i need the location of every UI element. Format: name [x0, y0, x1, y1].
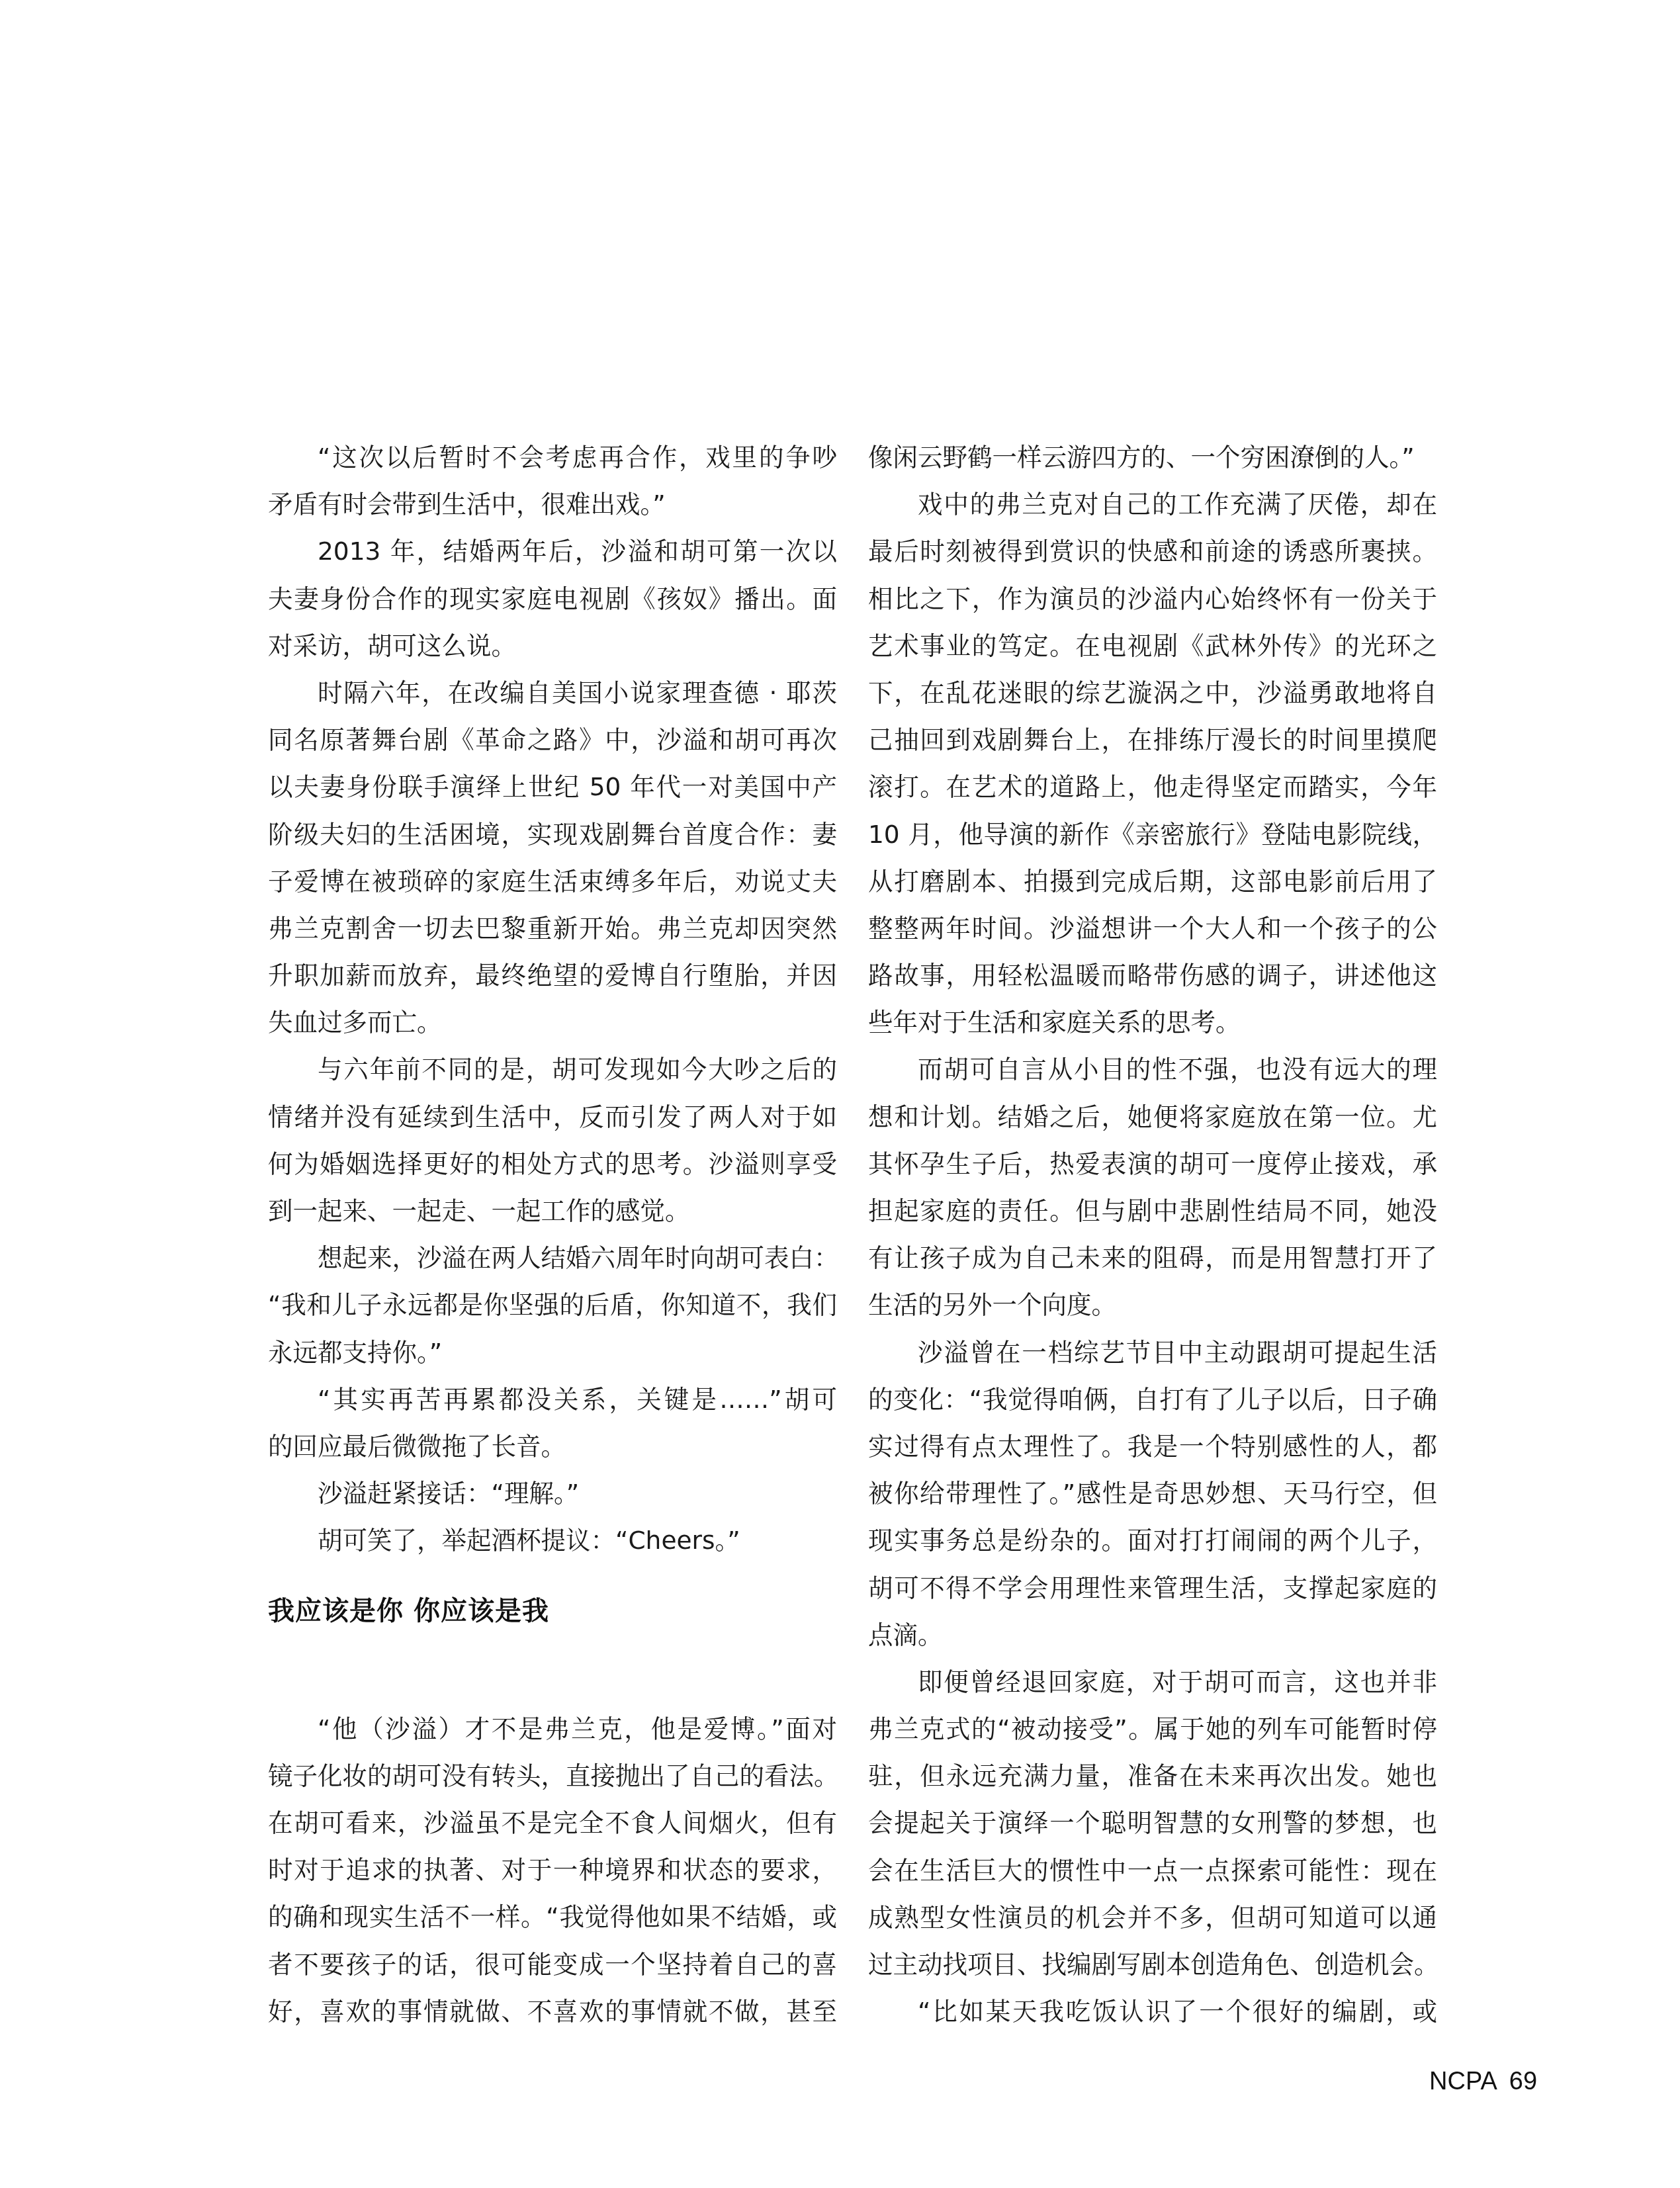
text-line: 点滴。	[868, 1612, 1437, 1659]
text-line: 升职加薪而放弃，最终绝望的爱博自行堕胎，并因	[268, 952, 837, 999]
text-line: 沙溢曾在一档综艺节目中主动跟胡可提起生活	[868, 1329, 1437, 1376]
text-line: 成熟型女性演员的机会并不多，但胡可知道可以通	[868, 1894, 1437, 1941]
text-line: 艺术事业的笃定。在电视剧《武林外传》的光环之	[868, 623, 1437, 670]
text-line: 胡可笑了，举起酒杯提议：“Cheers。”	[268, 1517, 837, 1564]
text-line: 过主动找项目、找编剧写剧本创造角色、创造机会。	[868, 1941, 1437, 1988]
text-line: 其怀孕生子后，热爱表演的胡可一度停止接戏，承	[868, 1141, 1437, 1188]
text-line: 驻，但永远充满力量，准备在未来再次出发。她也	[868, 1753, 1437, 1800]
text-line: 戏中的弗兰克对自己的工作充满了厌倦，却在	[868, 481, 1437, 528]
heading-spacer-top	[268, 1565, 837, 1588]
magazine-page: “这次以后暂时不会考虑再合作，戏里的争吵矛盾有时会带到生活中，很难出戏。”201…	[0, 0, 1680, 2188]
text-line: “他（沙溢）才不是弗兰克，他是爱博。”面对	[268, 1706, 837, 1753]
text-line: 好，喜欢的事情就做、不喜欢的事情就不做，甚至	[268, 1988, 837, 2035]
magazine-name: NCPA	[1429, 2068, 1497, 2095]
text-line: 到一起来、一起走、一起工作的感觉。	[268, 1188, 837, 1235]
text-line: 想起来，沙溢在两人结婚六周年时向胡可表白：	[268, 1235, 837, 1282]
text-line: 的回应最后微微拖了长音。	[268, 1423, 837, 1470]
text-line: 路故事，用轻松温暖而略带伤感的调子，讲述他这	[868, 952, 1437, 999]
text-line: 弗兰克式的“被动接受”。属于她的列车可能暂时停	[868, 1706, 1437, 1753]
text-line: 时对于追求的执著、对于一种境界和状态的要求，	[268, 1847, 837, 1894]
text-line: 从打磨剧本、拍摄到完成后期，这部电影前后用了	[868, 858, 1437, 905]
text-line: 矛盾有时会带到生活中，很难出戏。”	[268, 481, 837, 528]
text-line: 者不要孩子的话，很可能变成一个坚持着自己的喜	[268, 1941, 837, 1988]
text-line: 会在生活巨大的惯性中一点一点探索可能性：现在	[868, 1847, 1437, 1894]
text-line: 实过得有点太理性了。我是一个特别感性的人，都	[868, 1423, 1437, 1470]
text-line: 整整两年时间。沙溢想讲一个大人和一个孩子的公	[868, 905, 1437, 952]
left-column-body-part1: “这次以后暂时不会考虑再合作，戏里的争吵矛盾有时会带到生活中，很难出戏。”201…	[268, 434, 837, 1565]
text-line: 以夫妻身份联手演绎上世纪 50 年代一对美国中产	[268, 764, 837, 810]
text-line: 夫妻身份合作的现实家庭电视剧《孩奴》播出。面	[268, 576, 837, 623]
heading-spacer-bottom	[268, 1635, 837, 1706]
text-line: 会提起关于演绎一个聪明智慧的女刑警的梦想，也	[868, 1800, 1437, 1847]
text-line: 滚打。在艺术的道路上，他走得坚定而踏实，今年	[868, 764, 1437, 810]
text-line: 相比之下，作为演员的沙溢内心始终怀有一份关于	[868, 576, 1437, 623]
text-line: 像闲云野鹤一样云游四方的、一个穷困潦倒的人。”	[868, 434, 1437, 481]
section-heading: 我应该是你 你应该是我	[268, 1588, 837, 1635]
text-line: 下，在乱花迷眼的综艺漩涡之中，沙溢勇敢地将自	[868, 670, 1437, 717]
text-line: 对采访，胡可这么说。	[268, 623, 837, 670]
page-number: 69	[1509, 2068, 1537, 2095]
page-footer: NCPA69	[1429, 2068, 1537, 2096]
text-line: 己抽回到戏剧舞台上，在排练厅漫长的时间里摸爬	[868, 717, 1437, 764]
text-line: 弗兰克割舍一切去巴黎重新开始。弗兰克却因突然	[268, 905, 837, 952]
text-line: 生活的另外一个向度。	[868, 1282, 1437, 1329]
text-line: 与六年前不同的是，胡可发现如今大吵之后的	[268, 1046, 837, 1093]
text-line: 2013 年，结婚两年后，沙溢和胡可第一次以	[268, 528, 837, 575]
text-line: 子爱博在被琐碎的家庭生活束缚多年后，劝说丈夫	[268, 858, 837, 905]
text-line: “比如某天我吃饭认识了一个很好的编剧，或	[868, 1988, 1437, 2035]
text-line: 现实事务总是纷杂的。面对打打闹闹的两个儿子，	[868, 1517, 1437, 1564]
text-line: 的确和现实生活不一样。“我觉得他如果不结婚，或	[268, 1894, 837, 1941]
text-line: 阶级夫妇的生活困境，实现戏剧舞台首度合作：妻	[268, 811, 837, 858]
text-line: 时隔六年，在改编自美国小说家理查德 · 耶茨	[268, 670, 837, 717]
left-column: “这次以后暂时不会考虑再合作，戏里的争吵矛盾有时会带到生活中，很难出戏。”201…	[268, 434, 837, 2035]
text-line: 最后时刻被得到赏识的快感和前途的诱惑所裹挟。	[868, 528, 1437, 575]
text-line: 即便曾经退回家庭，对于胡可而言，这也并非	[868, 1659, 1437, 1706]
left-column-body-part2: “他（沙溢）才不是弗兰克，他是爱博。”面对镜子化妆的胡可没有转头，直接抛出了自己…	[268, 1706, 837, 2035]
text-line: “其实再苦再累都没关系，关键是……”胡可	[268, 1376, 837, 1423]
text-line: 些年对于生活和家庭关系的思考。	[868, 999, 1437, 1046]
text-line: 担起家庭的责任。但与剧中悲剧性结局不同，她没	[868, 1188, 1437, 1235]
text-line: 沙溢赶紧接话：“理解。”	[268, 1470, 837, 1517]
text-line: 镜子化妆的胡可没有转头，直接抛出了自己的看法。	[268, 1753, 837, 1800]
text-line: “这次以后暂时不会考虑再合作，戏里的争吵	[268, 434, 837, 481]
text-line: 同名原著舞台剧《革命之路》中，沙溢和胡可再次	[268, 717, 837, 764]
text-line: 在胡可看来，沙溢虽不是完全不食人间烟火，但有	[268, 1800, 837, 1847]
right-column: 像闲云野鹤一样云游四方的、一个穷困潦倒的人。”戏中的弗兰克对自己的工作充满了厌倦…	[868, 434, 1437, 2035]
text-line: 想和计划。结婚之后，她便将家庭放在第一位。尤	[868, 1094, 1437, 1141]
text-line: 10 月，他导演的新作《亲密旅行》登陆电影院线，	[868, 811, 1437, 858]
text-line: 何为婚姻选择更好的相处方式的思考。沙溢则享受	[268, 1141, 837, 1188]
text-line: 失血过多而亡。	[268, 999, 837, 1046]
text-line: 情绪并没有延续到生活中，反而引发了两人对于如	[268, 1094, 837, 1141]
text-line: 永远都支持你。”	[268, 1329, 837, 1376]
text-line: 的变化：“我觉得咱俩，自打有了儿子以后，日子确	[868, 1376, 1437, 1423]
text-line: 胡可不得不学会用理性来管理生活，支撑起家庭的	[868, 1565, 1437, 1612]
right-column-body: 像闲云野鹤一样云游四方的、一个穷困潦倒的人。”戏中的弗兰克对自己的工作充满了厌倦…	[868, 434, 1437, 2035]
text-line: 有让孩子成为自己未来的阻碍，而是用智慧打开了	[868, 1235, 1437, 1282]
text-line: “我和儿子永远都是你坚强的后盾，你知道不，我们	[268, 1282, 837, 1329]
text-line: 被你给带理性了。”感性是奇思妙想、天马行空，但	[868, 1470, 1437, 1517]
text-line: 而胡可自言从小目的性不强，也没有远大的理	[868, 1046, 1437, 1093]
